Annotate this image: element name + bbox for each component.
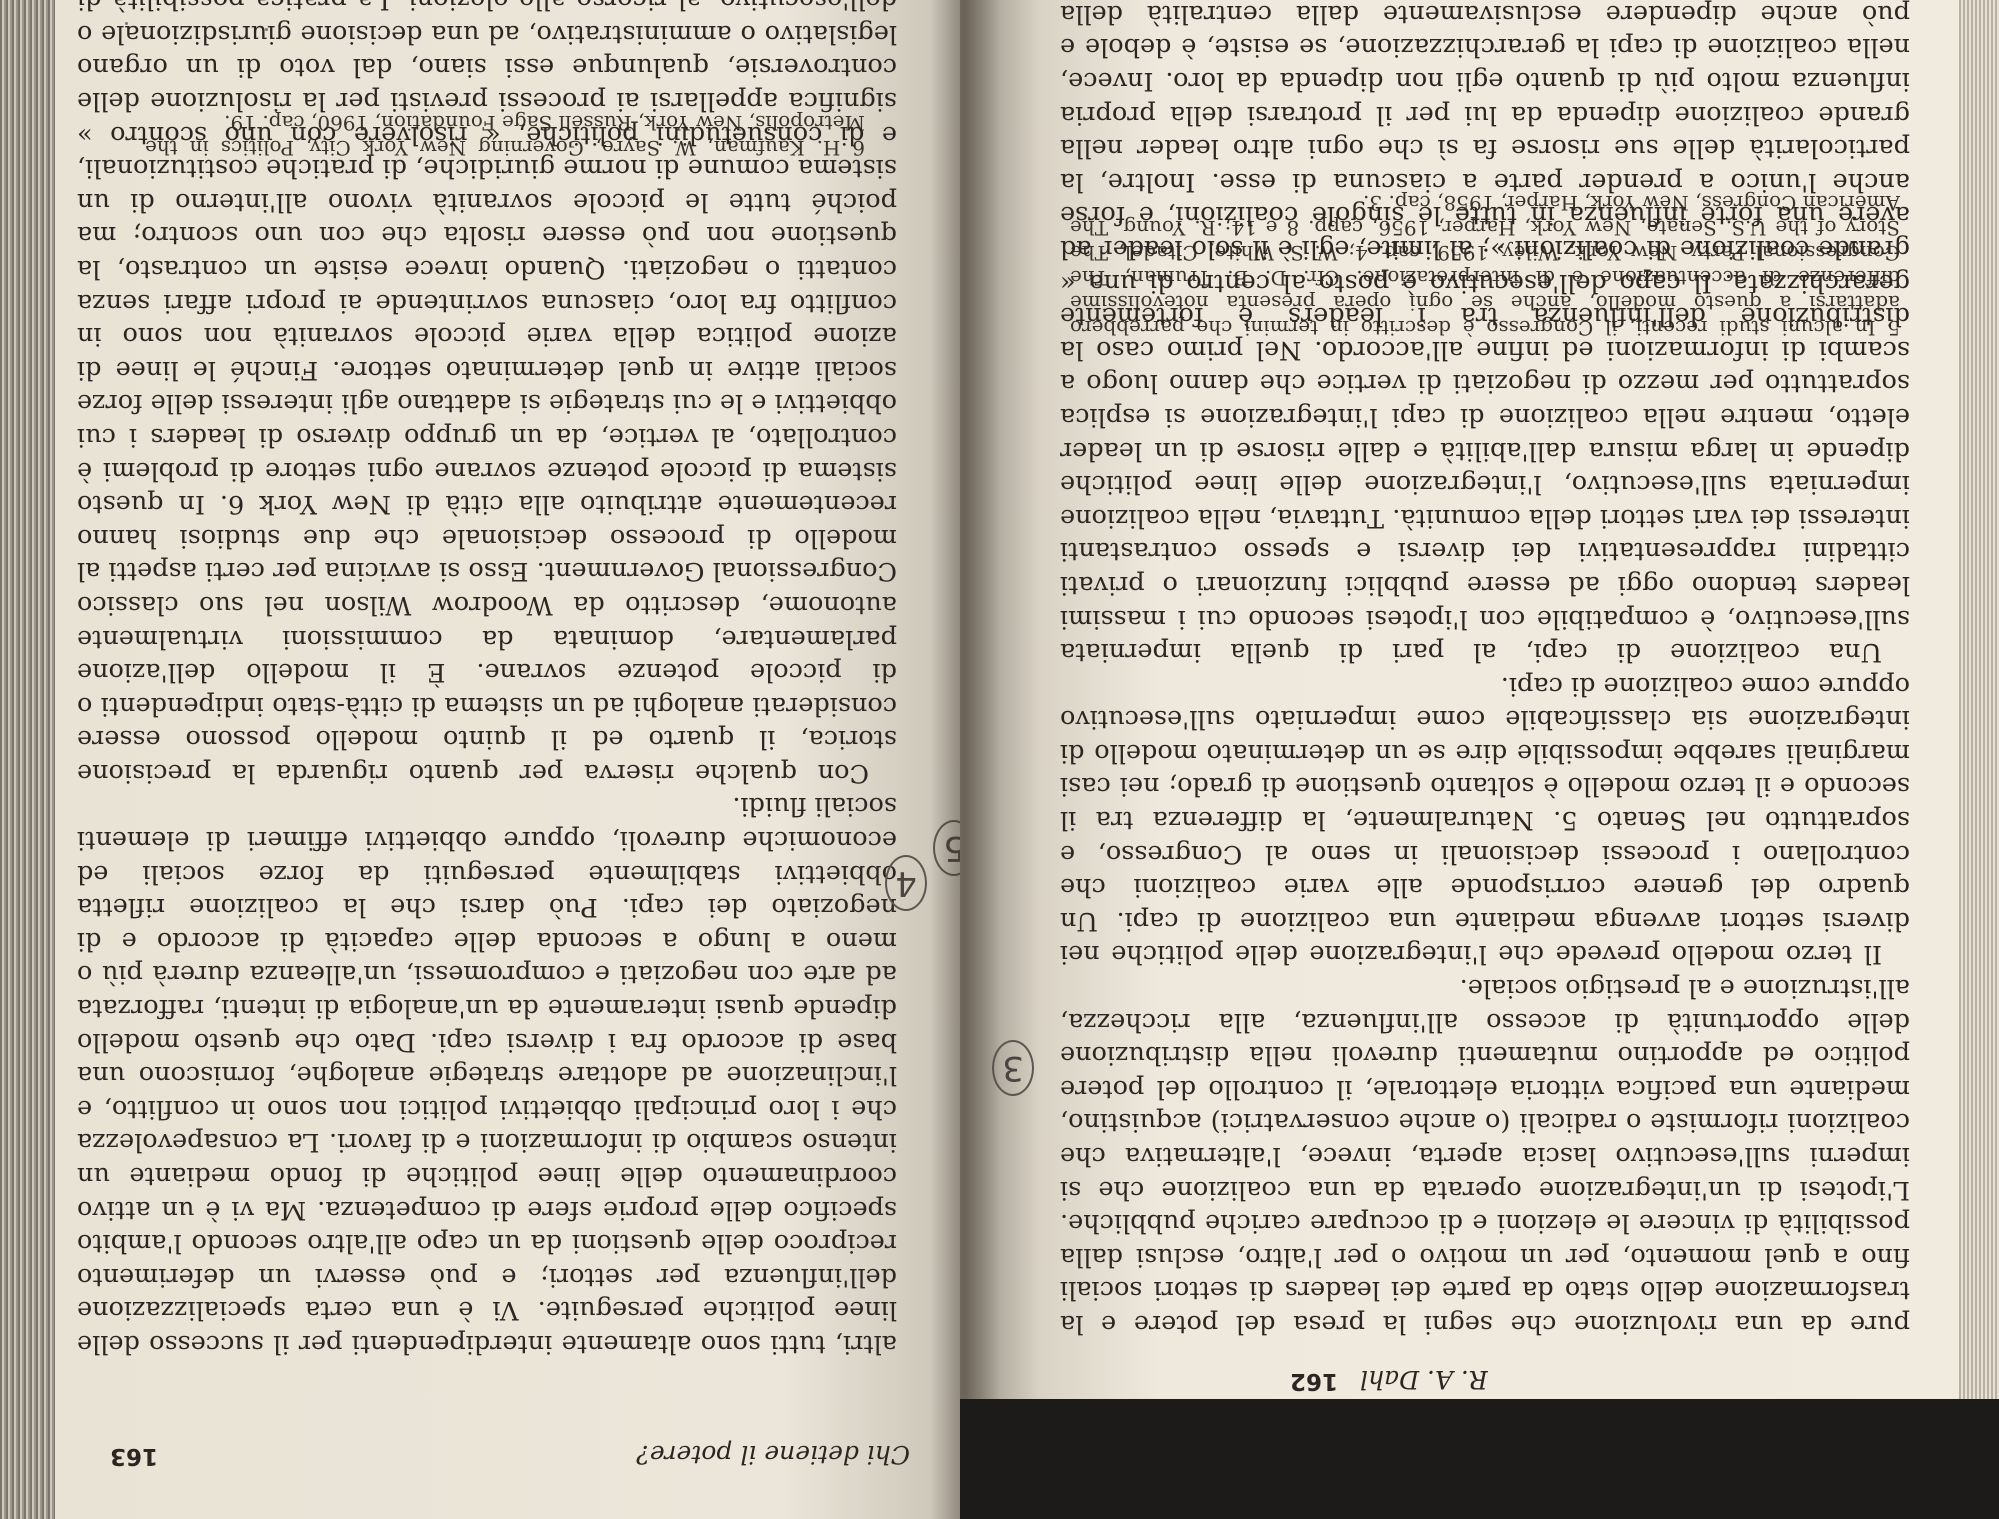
mark-label: 4 bbox=[895, 863, 917, 903]
right-running-head: R. A. Dahl 162 bbox=[1290, 1365, 1910, 1394]
paragraph: pure da una rivoluzione che segni la pre… bbox=[1060, 970, 1910, 1340]
handwritten-mark-4: 4 bbox=[885, 855, 927, 911]
left-page: 6 H. Kaufman, W. Sayre, Governing New Yo… bbox=[55, 0, 960, 1519]
right-page: 5 In alcuni studi recenti, il Congresso … bbox=[960, 0, 1959, 1519]
running-head-author: R. A. Dahl bbox=[1360, 1365, 1488, 1394]
page-edges-left bbox=[0, 0, 55, 1519]
running-head-title: Chi detiene il potere? bbox=[636, 1440, 910, 1469]
left-running-head: Chi detiene il potere? 163 bbox=[110, 1440, 910, 1469]
paragraph: altri, tutti sono altamente interdipende… bbox=[77, 789, 897, 1360]
background-shadow bbox=[960, 1399, 1999, 1519]
left-page-body: altri, tutti sono altamente interdipende… bbox=[77, 225, 897, 1360]
paragraph: Il terzo modello prevede che l'integrazi… bbox=[1060, 668, 1910, 970]
book-gutter bbox=[930, 0, 1000, 1519]
page-number: 163 bbox=[110, 1440, 158, 1469]
mark-label: 3 bbox=[1002, 1048, 1024, 1088]
paragraph: Una coalizione di capi, al pari di quell… bbox=[1060, 0, 1910, 668]
right-page-body: pure da una rivoluzione che segni la pre… bbox=[1060, 330, 1910, 1340]
open-book-photo: 6 H. Kaufman, W. Sayre, Governing New Yo… bbox=[0, 0, 1999, 1519]
paragraph: Con qualche riserva per quanto riguarda … bbox=[77, 0, 897, 789]
page-number: 162 bbox=[1290, 1365, 1338, 1394]
page-edges-right bbox=[1959, 0, 1999, 1519]
